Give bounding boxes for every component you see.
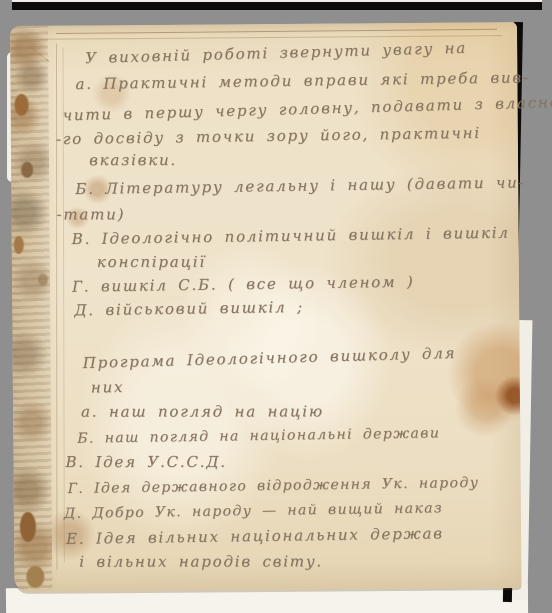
handwriting-line: а. Практичні методи вправи які треба вив… <box>75 68 530 93</box>
scan-top-edge-bar <box>12 0 542 10</box>
handwriting-line: Е. Ідея вільних національних держав <box>66 524 444 548</box>
handwriting-line: У виховній роботі звернути увагу на <box>85 39 467 67</box>
handwriting-line: вказівки. <box>89 151 177 169</box>
edge-stain <box>21 162 33 178</box>
handwriting-line: В. Ідея У.С.С.Д. <box>65 453 226 471</box>
edge-stain <box>38 274 48 286</box>
handwriting-line: конспірації <box>97 253 206 271</box>
scan-background: У виховній роботі звернути увагу на а. П… <box>0 0 552 613</box>
binding-crease <box>56 44 57 570</box>
edge-stain <box>15 94 29 116</box>
edge-stain <box>26 566 44 588</box>
handwriting-line: Д. Добро Ук. народу — най вищий наказ <box>64 499 443 523</box>
handwriting-line: Б. Літературу легальну і нашу (давати чи… <box>75 173 525 198</box>
handwriting-line: них <box>91 378 125 396</box>
handwriting-line: а. наш погляд на націю <box>81 402 324 420</box>
edge-stain <box>14 236 24 254</box>
binding-crease <box>63 48 65 563</box>
manuscript-page: У виховній роботі звернути увагу на а. П… <box>10 22 521 592</box>
handwriting-line: Програма Ідеологічного вишколу для <box>82 344 456 372</box>
edge-stain <box>20 512 36 542</box>
handwriting-line: Г. Ідея державного відродження Ук. народ… <box>68 474 480 498</box>
handwriting-line: Д. військовий вишкіл ; <box>74 298 304 319</box>
handwriting-line: Б. наш погляд на національні держави <box>77 424 440 447</box>
handwriting-line: -го досвіду з точки зору його, практичні <box>56 124 481 148</box>
handwriting-line: і вільних народів світу. <box>79 552 323 570</box>
handwriting-line: В. Ідеологічно політичний вишкіл і вишкі… <box>72 224 510 248</box>
page-edge-line <box>56 29 497 34</box>
handwriting-line: Г. вишкіл С.Б. ( все що членом ) <box>72 273 415 296</box>
handwriting-line: -тати) <box>56 205 125 223</box>
handwriting-line: чити в першу чергу головну, подавати з в… <box>63 93 552 125</box>
